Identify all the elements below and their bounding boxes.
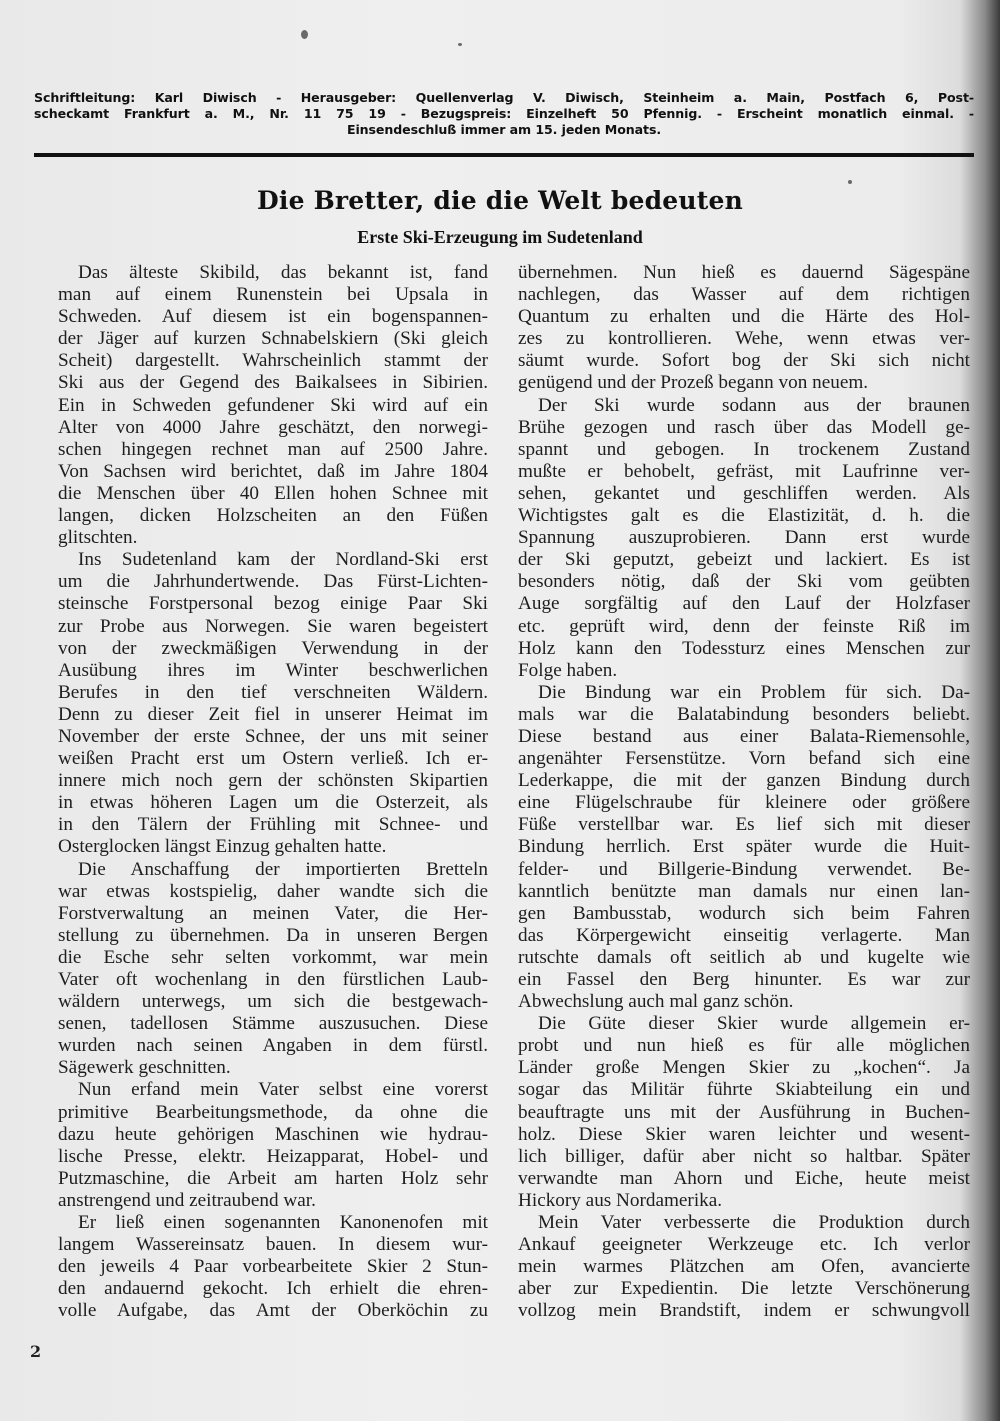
text-line: in den Tälern der Frühling mit Schnee- u… (58, 814, 488, 836)
text-line: holz. Diese Skier waren leichter und wes… (518, 1124, 970, 1146)
text-line: Diese bestand aus einer Balata-Riemensoh… (518, 726, 970, 748)
text-line: Osterglocken längst Einzug gehalten hatt… (58, 836, 488, 858)
text-line: rutschte damals oft seitlich ab und kuge… (518, 947, 970, 969)
text-line: Scheit) dargestellt. Wahrscheinlich stam… (58, 350, 488, 372)
text-line: felder- und Billgerie-Bindung verwendet.… (518, 859, 970, 881)
text-line: Sägewerk geschnitten. (58, 1057, 488, 1079)
scanned-page: Schriftleitung: Karl Diwisch - Herausgeb… (0, 0, 1000, 1421)
text-line: den jeweils 4 Paar vorbearbeitete Skier … (58, 1256, 488, 1278)
text-line: glitschten. (58, 527, 488, 549)
text-line: gen Bambusstab, wodurch sich beim Fahren (518, 903, 970, 925)
text-line: Quantum zu erhalten und die Härte des Ho… (518, 306, 970, 328)
text-line: der Jäger auf kurzen Schnabelskiern (Ski… (58, 328, 488, 350)
text-line: vollzog mein Brandstift, indem er schwun… (518, 1300, 970, 1322)
text-line: übernehmen. Nun hieß es dauernd Sägespän… (518, 262, 970, 284)
masthead-line-3: Einsendeschluß immer am 15. jeden Monats… (34, 122, 974, 138)
text-line: Der Ski wurde sodann aus der braunen (518, 395, 970, 417)
text-line: war etwas kostspielig, daher wandte sich… (58, 881, 488, 903)
text-line: die Esche sehr selten vorkommt, war mein (58, 947, 488, 969)
text-line: Die Anschaffung der importierten Brettel… (58, 859, 488, 881)
masthead-imprint: Schriftleitung: Karl Diwisch - Herausgeb… (34, 90, 974, 138)
text-line: innere mich noch gern der schönsten Skip… (58, 770, 488, 792)
article-column-left: Das älteste Skibild, das bekannt ist, fa… (58, 262, 488, 1323)
paper-speck (458, 43, 462, 46)
text-line: Wichtigstes galt es die Elastizität, d. … (518, 505, 970, 527)
text-line: langen, dicken Holzscheiten an den Füßen (58, 505, 488, 527)
text-line: zes zu kontrollieren. Wehe, wenn etwas v… (518, 328, 970, 350)
text-line: besonders nötig, daß der Ski vom geübten (518, 571, 970, 593)
text-line: kanntlich benützte man damals nur einen … (518, 881, 970, 903)
text-line: Ausübung ihres im Winter beschwerlichen (58, 660, 488, 682)
text-line: eine Flügelschraube für kleinere oder gr… (518, 792, 970, 814)
text-line: volle Aufgabe, das Amt der Oberköchin zu (58, 1300, 488, 1322)
text-line: Vater oft wochenlang in den fürstlichen … (58, 969, 488, 991)
text-line: aber zur Expedientin. Die letzte Verschö… (518, 1278, 970, 1300)
text-line: lische Presse, elektr. Heizapparat, Hobe… (58, 1146, 488, 1168)
text-line: probt und nun hieß es für alle möglichen (518, 1035, 970, 1057)
text-line: Hickory aus Nordamerika. (518, 1190, 970, 1212)
text-line: die Menschen über 40 Ellen hohen Schnee … (58, 483, 488, 505)
text-line: anstrengend und zeitraubend war. (58, 1190, 488, 1212)
text-line: schen hingegen rechnet man auf 2500 Jahr… (58, 439, 488, 461)
paper-speck (848, 180, 852, 184)
text-line: säumt wurde. Sofort bog der Ski sich nic… (518, 350, 970, 372)
text-line: etc. geprüft wird, denn der feinste Riß … (518, 616, 970, 638)
text-line: sehen, gekantet und geschliffen werden. … (518, 483, 970, 505)
text-line: Von Sachsen wird berichtet, daß im Jahre… (58, 461, 488, 483)
text-line: zur Probe aus Norwegen. Sie waren begeis… (58, 616, 488, 638)
text-line: spannt und gebogen. In trockenem Zustand (518, 439, 970, 461)
page-number: 2 (30, 1342, 41, 1361)
text-line: dazu heute gehörigen Maschinen wie hydra… (58, 1124, 488, 1146)
text-line: mußte er behobelt, gefräst, mit Laufrinn… (518, 461, 970, 483)
text-line: genügend und der Prozeß begann von neuem… (518, 372, 970, 394)
masthead-line-1: Schriftleitung: Karl Diwisch - Herausgeb… (34, 90, 974, 106)
text-line: Die Güte dieser Skier wurde allgemein er… (518, 1013, 970, 1035)
text-line: Putzmaschine, die Arbeit am harten Holz … (58, 1168, 488, 1190)
paper-speck (301, 30, 308, 39)
text-line: das Körpergewicht einseitig verlagerte. … (518, 925, 970, 947)
text-line: man auf einem Runenstein bei Upsala in (58, 284, 488, 306)
text-line: Mein Vater verbesserte die Produktion du… (518, 1212, 970, 1234)
text-line: um die Jahrhundertwende. Das Fürst-Licht… (58, 571, 488, 593)
text-line: Ankauf geeigneter Werkzeuge etc. Ich ver… (518, 1234, 970, 1256)
text-line: angenähter Fersenstütze. Vorn befand sic… (518, 748, 970, 770)
text-line: November der erste Schnee, der uns mit s… (58, 726, 488, 748)
text-line: von der zweckmäßigen Verwendung in der (58, 638, 488, 660)
text-line: Die Bindung war ein Problem für sich. Da… (518, 682, 970, 704)
text-line: sogar das Militär führte Skiabteilung ei… (518, 1079, 970, 1101)
article-title: Die Bretter, die die Welt bedeuten (0, 186, 1000, 215)
text-line: langem Wassereinsatz bauen. In diesem wu… (58, 1234, 488, 1256)
text-line: stellung zu übernehmen. Da in unseren Be… (58, 925, 488, 947)
text-line: Ins Sudetenland kam der Nordland-Ski ers… (58, 549, 488, 571)
text-line: Schweden. Auf diesem ist ein bogenspanne… (58, 306, 488, 328)
text-line: lich billiger, dafür aber nicht so haltb… (518, 1146, 970, 1168)
text-line: mals war die Balatabindung besonders bel… (518, 704, 970, 726)
text-line: senen, tadellosen Stämme auszusuchen. Di… (58, 1013, 488, 1035)
text-line: Länder große Mengen Skier zu „kochen“. J… (518, 1057, 970, 1079)
text-line: Das älteste Skibild, das bekannt ist, fa… (58, 262, 488, 284)
text-line: wurden nach seinen Angaben in dem fürstl… (58, 1035, 488, 1057)
text-line: primitive Bearbeitungsmethode, da ohne d… (58, 1102, 488, 1124)
text-line: Ein in Schweden gefundener Ski wird auf … (58, 395, 488, 417)
text-line: Forstverwaltung an meinen Vater, die Her… (58, 903, 488, 925)
text-line: nachlegen, das Wasser auf dem richtigen (518, 284, 970, 306)
text-line: beauftragte uns mit der Ausführung in Bu… (518, 1102, 970, 1124)
text-line: in etwas höheren Lagen um die Osterzeit,… (58, 792, 488, 814)
article-subtitle: Erste Ski-Erzeugung im Sudetenland (0, 227, 1000, 248)
text-line: Ski aus der Gegend des Baikalsees in Sib… (58, 372, 488, 394)
text-line: wäldern unterwegs, um sich die bestgewac… (58, 991, 488, 1013)
text-line: Brühe gezogen und rasch über das Modell … (518, 417, 970, 439)
text-line: steinsche Forstpersonal bezog einige Paa… (58, 593, 488, 615)
masthead-divider (34, 153, 974, 157)
text-line: Holz kann den Todessturz eines Menschen … (518, 638, 970, 660)
text-line: Folge haben. (518, 660, 970, 682)
article-column-right: übernehmen. Nun hieß es dauernd Sägespän… (518, 262, 970, 1323)
text-line: Er ließ einen sogenannten Kanonenofen mi… (58, 1212, 488, 1234)
text-line: weißen Pracht erst um Ostern verließ. Ic… (58, 748, 488, 770)
text-line: Nun erfand mein Vater selbst eine vorers… (58, 1079, 488, 1101)
text-line: der Ski geputzt, gebeizt und lackiert. E… (518, 549, 970, 571)
text-line: Bindung herrlich. Erst später wurde die … (518, 836, 970, 858)
text-line: ein Fassel den Berg hinunter. Es war zur (518, 969, 970, 991)
masthead-line-2: scheckamt Frankfurt a. M., Nr. 11 75 19 … (34, 106, 974, 122)
text-line: verwandte man Ahorn und Eiche, heute mei… (518, 1168, 970, 1190)
text-line: mein warmes Plätzchen am Ofen, avanciert… (518, 1256, 970, 1278)
text-line: Lederkappe, die mit der ganzen Bindung d… (518, 770, 970, 792)
text-line: Denn zu dieser Zeit fiel in unserer Heim… (58, 704, 488, 726)
text-line: Spannung auszuprobieren. Dann erst wurde (518, 527, 970, 549)
text-line: Alter von 4000 Jahre geschätzt, den norw… (58, 417, 488, 439)
text-line: Berufes in den tief verschneiten Wäldern… (58, 682, 488, 704)
text-line: Auge sorgfältig auf den Lauf der Holzfas… (518, 593, 970, 615)
text-line: den andauernd gekocht. Ich erhielt die e… (58, 1278, 488, 1300)
text-line: Abwechslung auch mal ganz schön. (518, 991, 970, 1013)
text-line: Füße verstellbar war. Es lief sich mit d… (518, 814, 970, 836)
